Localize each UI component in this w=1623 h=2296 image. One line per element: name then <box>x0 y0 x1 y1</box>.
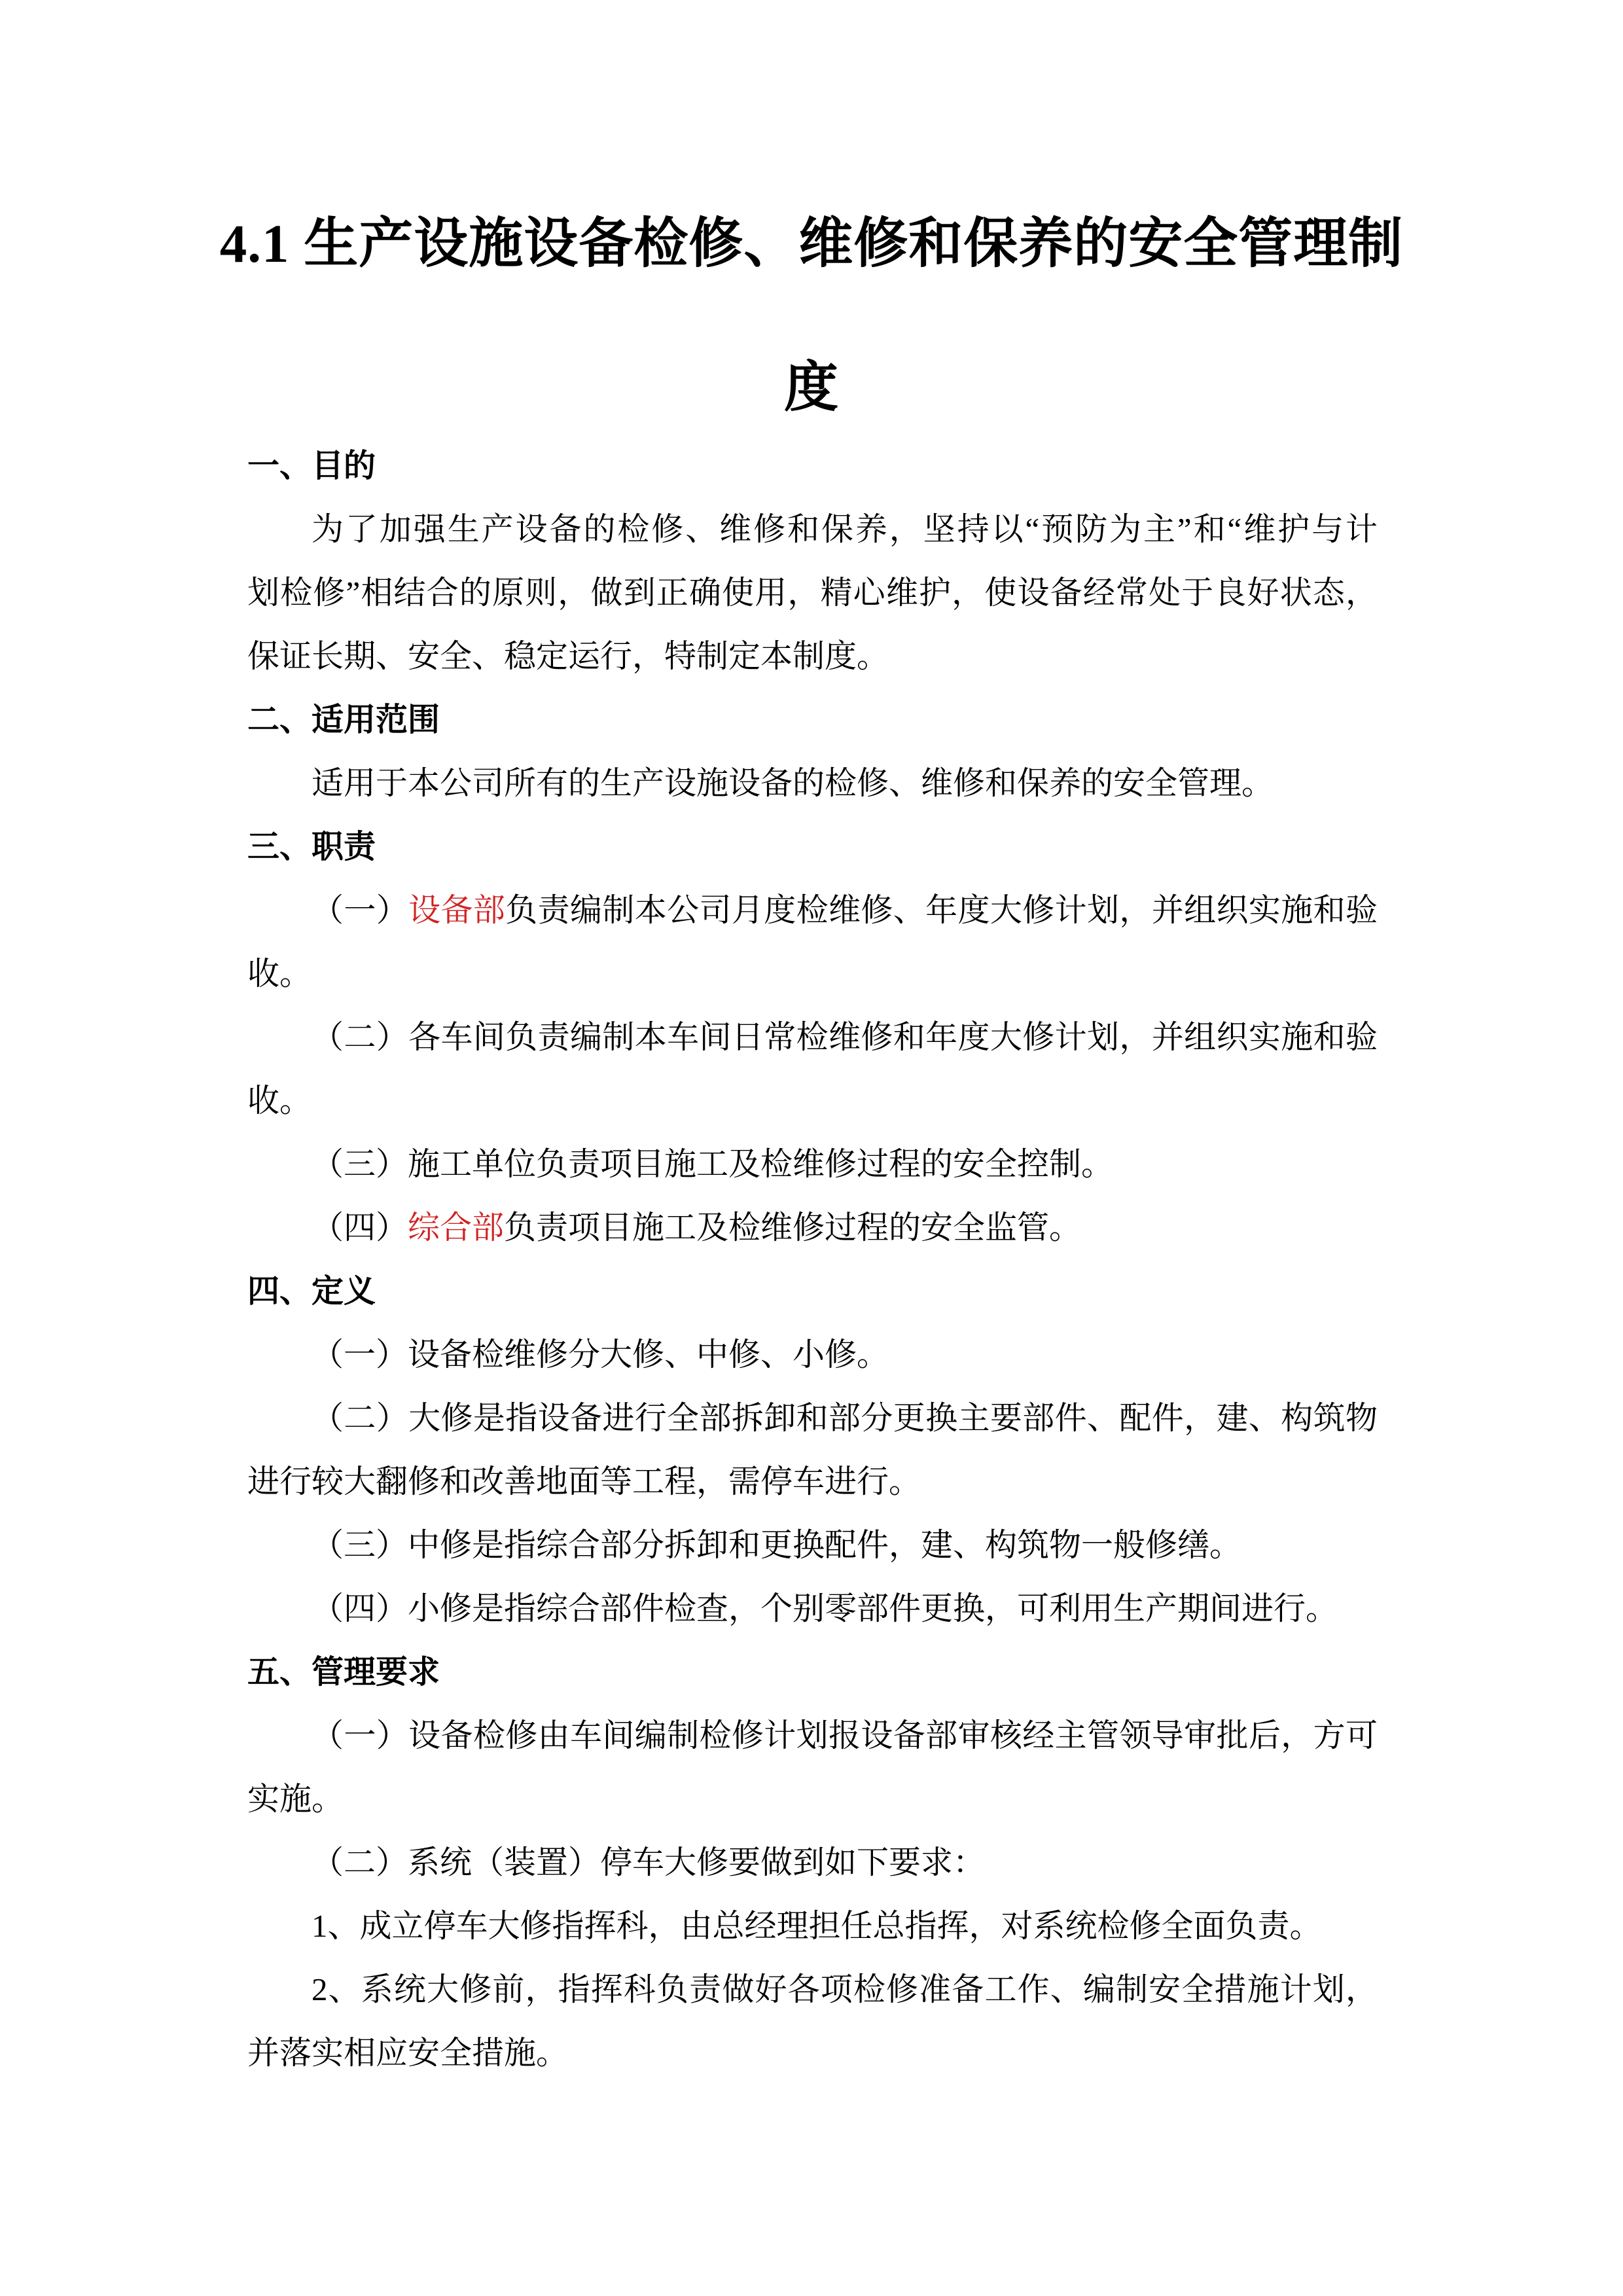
text-line: 进行较大翻修和改善地面等工程，需停车进行。 <box>247 1450 1378 1513</box>
text-segment: 三、职责 <box>247 829 376 865</box>
text-line: 2、系统大修前，指挥科负责做好各项检修准备工作、编制安全措施计划， <box>247 1958 1378 2021</box>
text-segment: 二、适用范围 <box>247 702 440 738</box>
text-line: 并落实相应安全措施。 <box>247 2021 1378 2085</box>
text-line: 实施。 <box>247 1767 1378 1831</box>
text-segment: 五、管理要求 <box>247 1654 440 1690</box>
text-line: （四）小修是指综合部件检查，个别零部件更换，可利用生产期间进行。 <box>247 1577 1378 1640</box>
text-segment: 收。 <box>247 1083 312 1119</box>
text-line: （一）设备部负责编制本公司月度检维修、年度大修计划，并组织实施和验 <box>247 878 1378 942</box>
text-segment: （四）小修是指综合部件检查，个别零部件更换，可利用生产期间进行。 <box>312 1590 1338 1626</box>
text-segment: 1、成立停车大修指挥科，由总经理担任总指挥，对系统检修全面负责。 <box>312 1908 1322 1944</box>
text-segment: 2、系统大修前，指挥科负责做好各项检修准备工作、编制安全措施计划， <box>312 1971 1378 2007</box>
text-line: （三）施工单位负责项目施工及检维修过程的安全控制。 <box>247 1132 1378 1196</box>
text-segment: （一） <box>312 892 408 928</box>
text-line: （四）综合部负责项目施工及检维修过程的安全监管。 <box>247 1196 1378 1259</box>
section-heading: 五、管理要求 <box>247 1640 1378 1704</box>
text-line: 收。 <box>247 1069 1378 1132</box>
text-segment: （二）各车间负责编制本车间日常检维修和年度大修计划，并组织实施和验 <box>312 1019 1378 1055</box>
text-line: 保证长期、安全、稳定运行，特制定本制度。 <box>247 624 1378 688</box>
text-line: （一）设备检修由车间编制检修计划报设备部审核经主管领导审批后，方可 <box>247 1704 1378 1767</box>
section-heading: 四、定义 <box>247 1259 1378 1323</box>
text-segment: 实施。 <box>247 1781 344 1817</box>
text-segment: 适用于本公司所有的生产设施设备的检修、维修和保养的安全管理。 <box>312 765 1274 801</box>
section-heading: 一、目的 <box>247 434 1378 497</box>
text-segment: 负责编制本公司月度检维修、年度大修计划，并组织实施和验 <box>505 892 1378 928</box>
red-department-text: 综合部 <box>408 1210 504 1246</box>
text-segment: 进行较大翻修和改善地面等工程，需停车进行。 <box>247 1463 921 1499</box>
section-heading: 三、职责 <box>247 815 1378 878</box>
text-segment: 四、定义 <box>247 1273 376 1309</box>
text-segment: （二）大修是指设备进行全部拆卸和部分更换主要部件、配件，建、构筑物 <box>312 1400 1378 1436</box>
text-line: 适用于本公司所有的生产设施设备的检修、维修和保养的安全管理。 <box>247 751 1378 815</box>
text-line: （三）中修是指综合部分拆卸和更换配件，建、构筑物一般修缮。 <box>247 1513 1378 1577</box>
document-page: 4.1 生产设施设备检修、维修和保养的安全管理制 度 一、目的为了加强生产设备的… <box>0 0 1623 2296</box>
text-line: 为了加强生产设备的检修、维修和保养，坚持以“预防为主”和“维护与计 <box>247 497 1378 561</box>
text-segment: （一）设备检修由车间编制检修计划报设备部审核经主管领导审批后，方可 <box>312 1717 1378 1753</box>
text-line: 1、成立停车大修指挥科，由总经理担任总指挥，对系统检修全面负责。 <box>247 1894 1378 1958</box>
text-segment: （三）中修是指综合部分拆卸和更换配件，建、构筑物一般修缮。 <box>312 1527 1241 1563</box>
red-department-text: 设备部 <box>408 892 505 928</box>
text-segment: （一）设备检维修分大修、中修、小修。 <box>312 1336 889 1372</box>
text-segment: 一、目的 <box>247 448 376 484</box>
text-line: （二）系统（装置）停车大修要做到如下要求： <box>247 1831 1378 1894</box>
text-segment: （四） <box>312 1210 408 1246</box>
text-segment: 负责项目施工及检维修过程的安全监管。 <box>504 1210 1081 1246</box>
text-line: （二）各车间负责编制本车间日常检维修和年度大修计划，并组织实施和验 <box>247 1005 1378 1069</box>
text-segment: 保证长期、安全、稳定运行，特制定本制度。 <box>247 638 889 674</box>
text-segment: 划检修”相结合的原则，做到正确使用，精心维护，使设备经常处于良好状态， <box>247 575 1378 611</box>
text-line: 收。 <box>247 942 1378 1005</box>
text-line: （一）设备检维修分大修、中修、小修。 <box>247 1323 1378 1386</box>
title-line-1: 4.1 生产设施设备检修、维修和保养的安全管理制 <box>0 171 1623 315</box>
text-segment: 并落实相应安全措施。 <box>247 2035 568 2071</box>
text-segment: （二）系统（装置）停车大修要做到如下要求： <box>312 1844 985 1880</box>
text-line: （二）大修是指设备进行全部拆卸和部分更换主要部件、配件，建、构筑物 <box>247 1386 1378 1450</box>
text-segment: 为了加强生产设备的检修、维修和保养，坚持以“预防为主”和“维护与计 <box>312 511 1378 547</box>
document-body: 一、目的为了加强生产设备的检修、维修和保养，坚持以“预防为主”和“维护与计划检修… <box>247 434 1378 2085</box>
text-segment: 收。 <box>247 956 312 992</box>
text-line: 划检修”相结合的原则，做到正确使用，精心维护，使设备经常处于良好状态， <box>247 561 1378 624</box>
document-title: 4.1 生产设施设备检修、维修和保养的安全管理制 度 <box>0 171 1623 459</box>
text-segment: （三）施工单位负责项目施工及检维修过程的安全控制。 <box>312 1146 1113 1182</box>
section-heading: 二、适用范围 <box>247 688 1378 751</box>
